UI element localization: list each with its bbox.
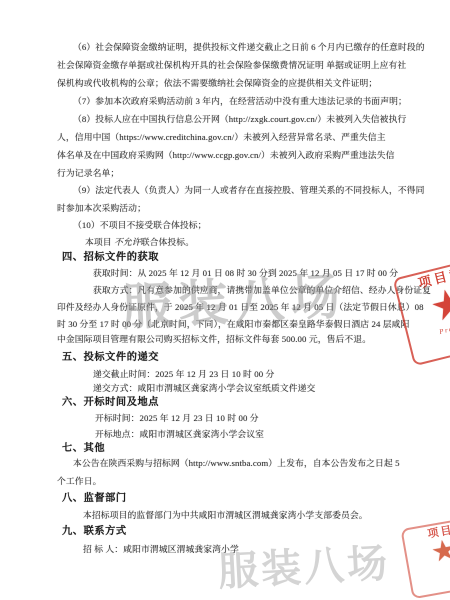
stamp-label: 项目 [403, 519, 450, 545]
section-heading-7: 七、其他 [62, 443, 105, 454]
section-heading-4: 四、招标文件的获取 [62, 252, 159, 263]
project-stamp-fragment: 项目 ★ [400, 516, 450, 599]
stamp-foot-text: Project [409, 313, 450, 344]
section-heading-5: 五、投标文件的递交 [62, 352, 159, 363]
doc-line: 行为记录名单； [57, 168, 119, 179]
doc-line-submit-method: 递交方式：咸阳市渭城区龚家湾小学会议室纸质文件递交 [93, 383, 315, 394]
doc-line-submit-deadline: 递交截止时间：2025 年 12 月 23 日 10 时 00 分 [93, 369, 274, 380]
doc-line-obtain-method: 获取方式：凡有意参加的供应商，请携带加盖单位公章的单位介绍信、经办人身份证复 [93, 285, 431, 296]
doc-line: 中金国际项目管理有限公司购买招标文件，招标文件每套 500.00 元，售后不退。 [57, 334, 371, 345]
doc-line-clause7: （7）参加本次政府采购活动前 3 年内，在经营活动中没有重大违法记录的书面声明； [73, 96, 407, 107]
doc-line: 人，信用中国（https://www.creditchina.gov.cn/）未… [57, 132, 386, 143]
doc-line-obtain-time: 获取时间：从 2025 年 12 月 01 日 08 时 30 分到 2025 … [93, 268, 398, 279]
doc-line: 时参加本次采购活动； [57, 203, 146, 214]
doc-line-open-place: 开标地点：咸阳市渭城区龚家湾小学会议室 [95, 429, 264, 440]
doc-line: 印件及经办人身份证原件，于 2025 年 12 月 01 日至 2025 年 1… [57, 302, 424, 313]
doc-line: 个工作日。 [57, 476, 102, 487]
note-suffix: 联合体投标。 [141, 237, 194, 247]
doc-line-joint-bid-note: 本项目 不允许联合体投标。 [85, 237, 194, 248]
section-heading-8: 八、监督部门 [62, 493, 127, 504]
doc-line-clause6: （6）社会保障资金缴纳证明，提供投标文件递交截止之日前 6 个月内已缴存的任意时… [73, 42, 425, 53]
section-heading-9: 九、联系方式 [62, 526, 127, 537]
doc-line-tenderer: 招 标 人：咸阳市渭城区渭城龚家湾小学 [83, 544, 239, 555]
doc-line-clause9: （9）法定代表人（负责人）为同一人或者存在直接控股、管理关系的不同投标人，不得同 [73, 185, 424, 196]
star-icon: ★ [405, 532, 450, 572]
tender-document-page: （6）社会保障资金缴纳证明，提供投标文件递交截止之日前 6 个月内已缴存的任意时… [0, 0, 450, 600]
note-prefix: 本项目 [85, 237, 114, 247]
doc-line: 社会保障资金缴存单据或社保机构开具的社会保险参保缴费情况证明 单据或证明上应有社 [57, 60, 406, 71]
doc-line: 时 30 分至 17 时 00 分（北京时间，下同），在咸阳市秦都区秦皇路华泰假… [57, 319, 409, 330]
note-emphasis: 不允许 [114, 237, 141, 247]
doc-line-clause10: （10）不项目不接受联合体投标； [73, 220, 207, 231]
doc-line-announcement: 本公告在陕西采购与招标网（http://www.sntba.com）上发布，自本… [73, 458, 400, 469]
doc-line-open-time: 开标时间：2025 年 12 月 23 日 10 时 00 分 [95, 413, 259, 424]
watermark-bottom: 服装八场 [217, 532, 392, 598]
doc-line: 保机构或代收机构的公章；依法不需要缴纳社会保障资金的应提供相关文件证明； [57, 78, 377, 89]
doc-line-supervisor: 本招标项目的监督部门为中共咸阳市渭城区渭城龚家湾小学支部委员会。 [83, 510, 368, 521]
section-heading-6: 六、开标时间及地点 [62, 397, 159, 408]
doc-line-clause8: （8）投标人应在中国执行信息公开网（http://zxgk.court.gov.… [73, 114, 406, 125]
doc-line: 体名单及在中国政府采购网（http://www.ccgp.gov.cn/）未被列… [57, 150, 395, 161]
